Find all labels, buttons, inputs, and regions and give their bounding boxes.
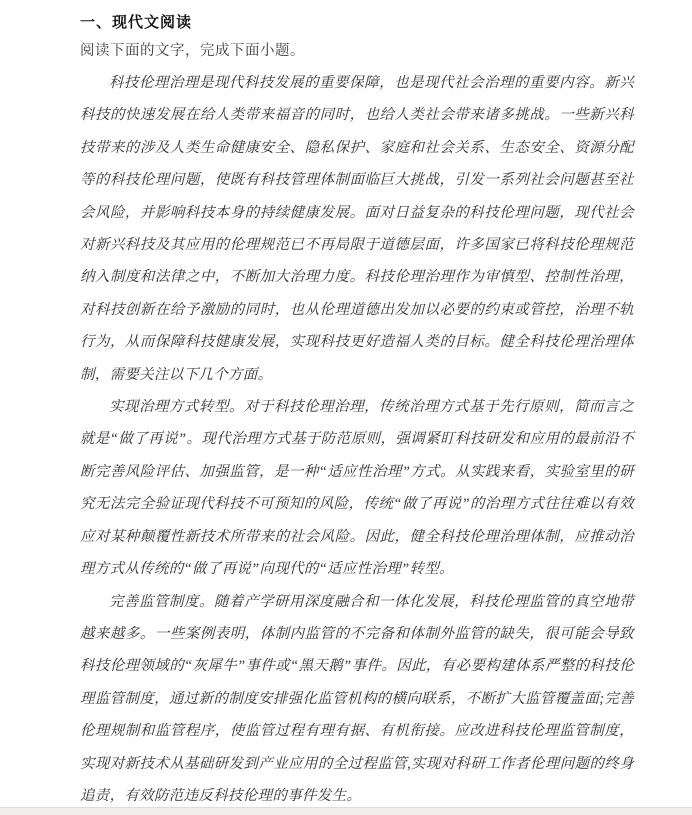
section-title: 一、现代文阅读 [80, 13, 634, 33]
reading-passage: 科技伦理治理是现代科技发展的重要保障，也是现代社会治理的重要内容。新兴科技的快速… [80, 67, 634, 812]
passage-paragraph-3: 完善监管制度。随着产学研用深度融合和一体化发展，科技伦理监管的真空地带越来越多。… [80, 586, 634, 813]
document-content: 一、现代文阅读 阅读下面的文字，完成下面小题。 科技伦理治理是现代科技发展的重要… [0, 0, 692, 812]
page-bottom-edge [0, 807, 692, 815]
document-page: 一、现代文阅读 阅读下面的文字，完成下面小题。 科技伦理治理是现代科技发展的重要… [0, 0, 692, 815]
reading-instruction: 阅读下面的文字，完成下面小题。 [80, 41, 634, 61]
passage-paragraph-2: 实现治理方式转型。对于科技伦理治理，传统治理方式基于先行原则，简而言之就是“做了… [80, 391, 634, 585]
passage-paragraph-1: 科技伦理治理是现代科技发展的重要保障，也是现代社会治理的重要内容。新兴科技的快速… [80, 67, 634, 391]
